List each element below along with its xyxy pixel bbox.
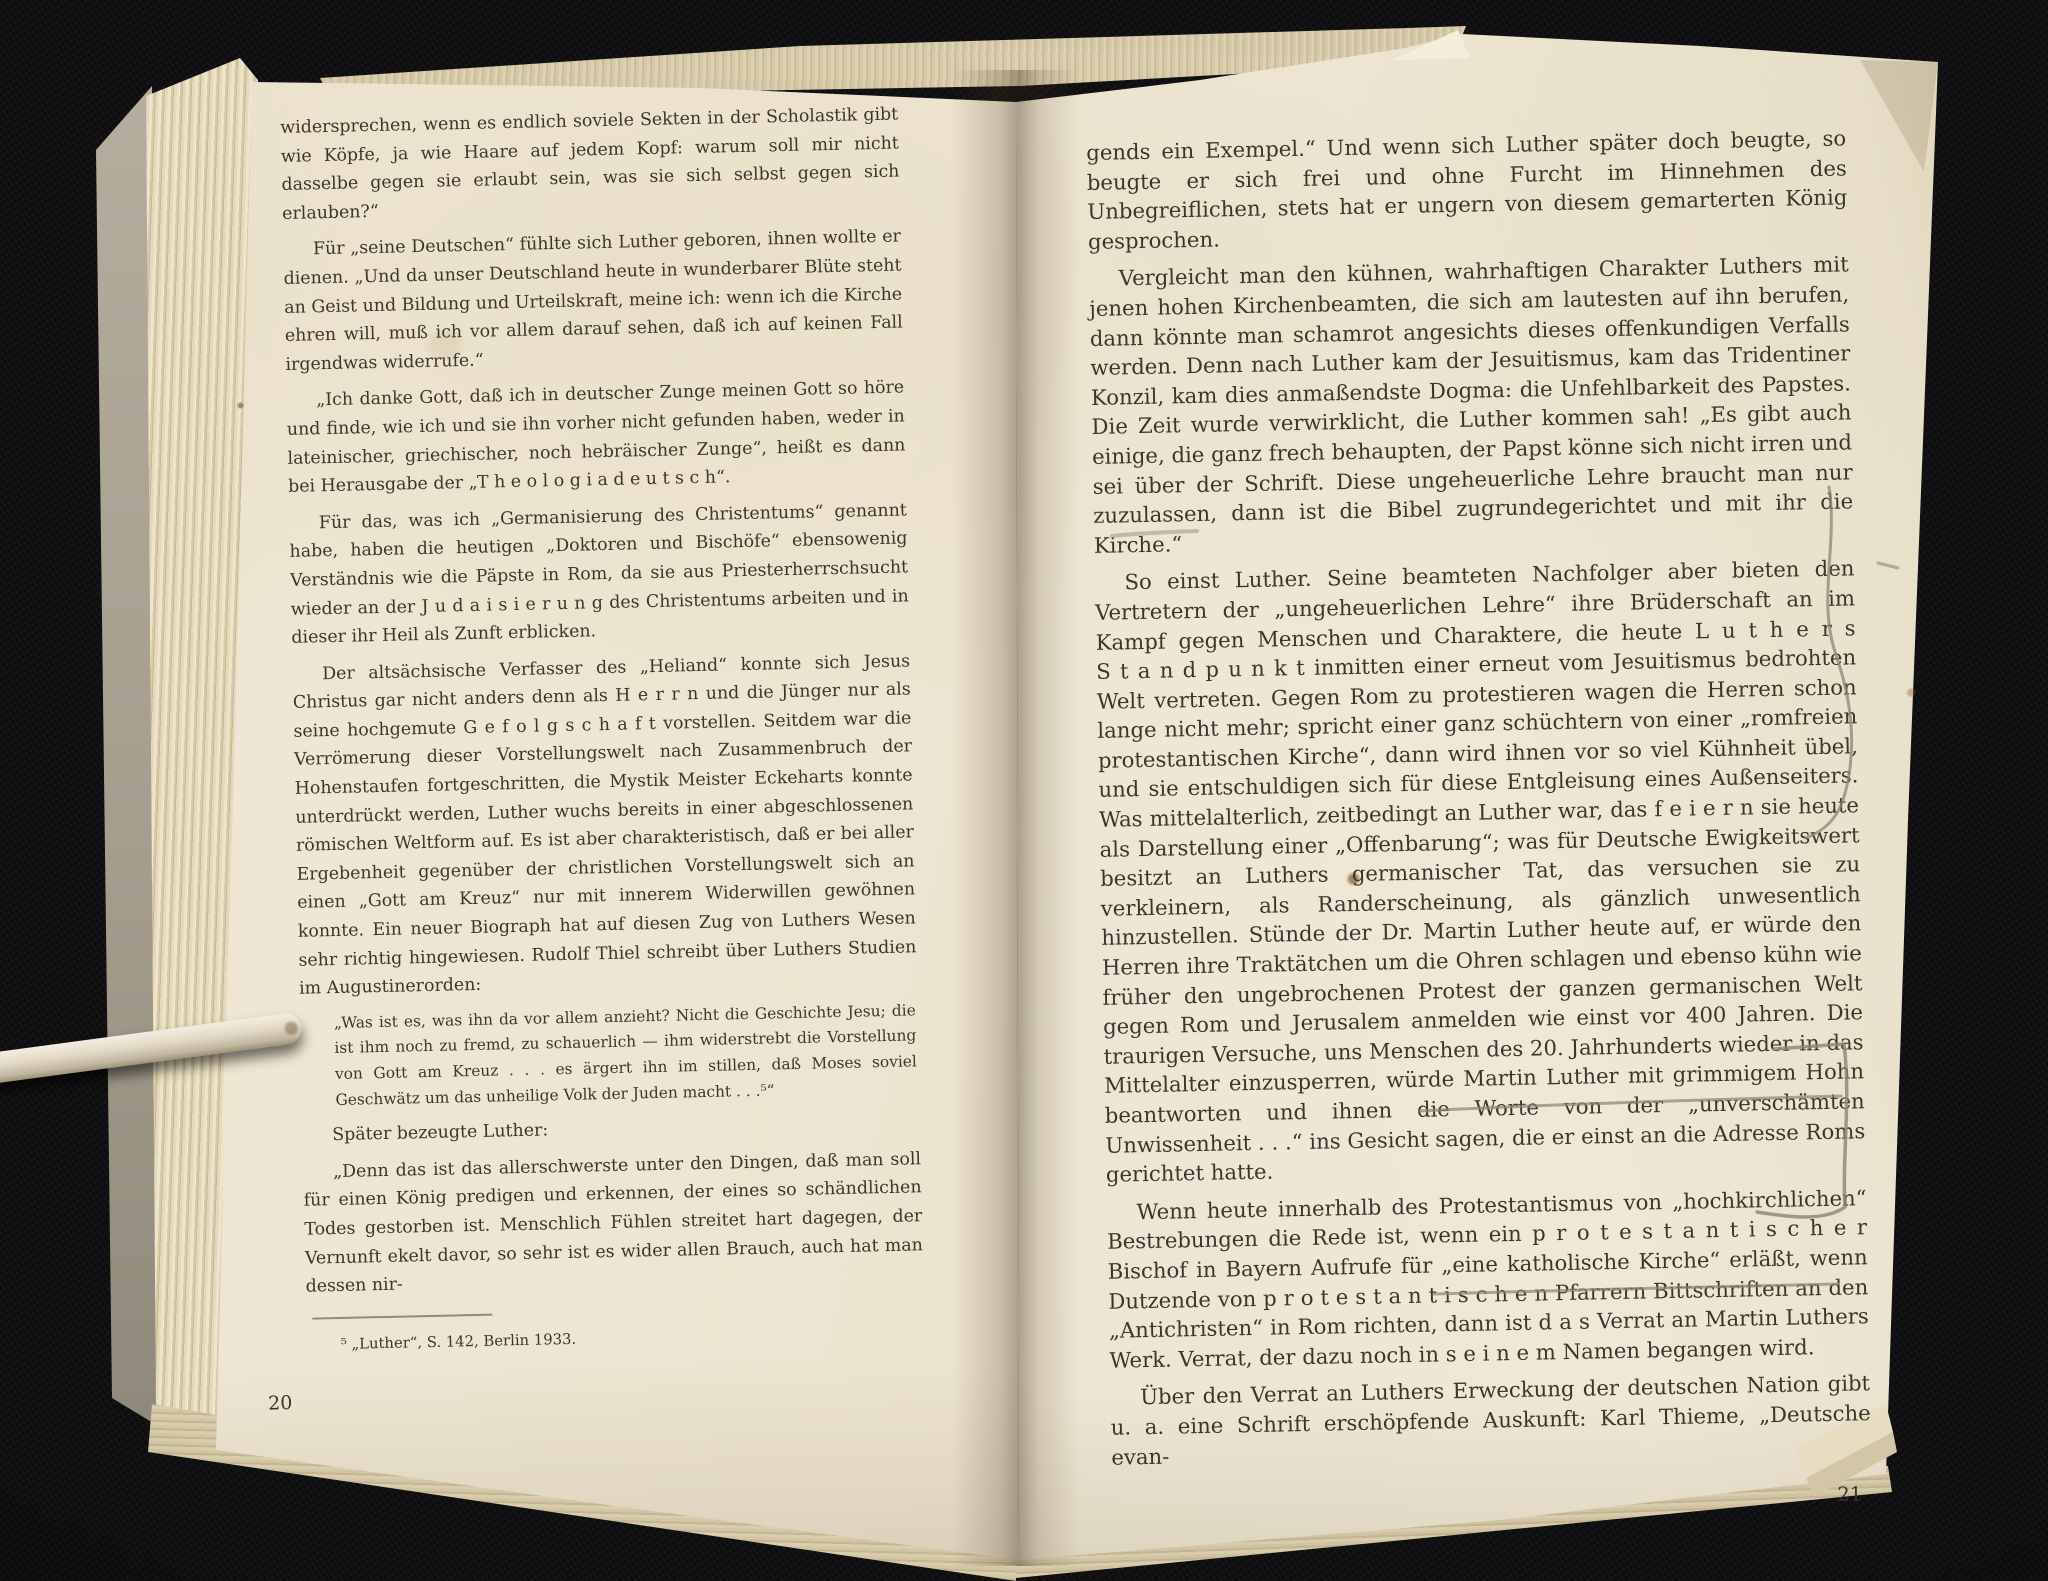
paragraph: Vergleicht man den kühnen, wahrhaftigen … — [1088, 250, 1854, 560]
left-page-text: widersprechen, wenn es endlich soviele S… — [280, 101, 926, 1417]
right-page-text: gends ein Exempel.“ Und wenn sich Luther… — [1086, 123, 1873, 1543]
foxing-spot — [1906, 688, 1916, 697]
paragraph: widersprechen, wenn es endlich soviele S… — [280, 101, 900, 229]
paragraph: „Ich danke Gott, daß ich in deutscher Zu… — [286, 374, 906, 502]
foxing-spot — [237, 402, 244, 409]
paragraph: Für das, was ich „Germanisierung des Chr… — [289, 496, 910, 652]
left-page-paragraphs: widersprechen, wenn es endlich soviele S… — [280, 101, 924, 1302]
paragraph: „Was ist es, was ihn da vor allem anzieh… — [334, 998, 918, 1113]
paragraph: Der altsächsische Verfasser des „Heliand… — [292, 647, 917, 1004]
paragraph: So einst Luther. Seine beamteten Nachfol… — [1094, 554, 1866, 1190]
page-number-right: 21 — [1112, 1479, 1872, 1523]
paragraph: gends ein Exempel.“ Und wenn sich Luther… — [1086, 123, 1848, 256]
paragraph: Für „seine Deutschen“ fühlte sich Luther… — [283, 223, 904, 379]
footnote-rule — [312, 1313, 492, 1319]
footnote: ⁵ „Luther“, S. 142, Berlin 1933. — [307, 1321, 925, 1356]
paragraph: Über den Verrat an Luthers Erweckung der… — [1110, 1369, 1872, 1472]
gutter-shadow — [952, 70, 1080, 1566]
right-page-paragraphs: gends ein Exempel.“ Und wenn sich Luther… — [1086, 123, 1871, 1471]
paragraph: Später bezeugte Luther: — [302, 1108, 920, 1150]
paragraph: Wenn heute innerhalb des Protestantismus… — [1106, 1183, 1869, 1375]
paragraph: „Denn das ist das allerschwerste unter d… — [303, 1145, 924, 1301]
book-photo: widersprechen, wenn es endlich soviele S… — [0, 0, 2048, 1581]
